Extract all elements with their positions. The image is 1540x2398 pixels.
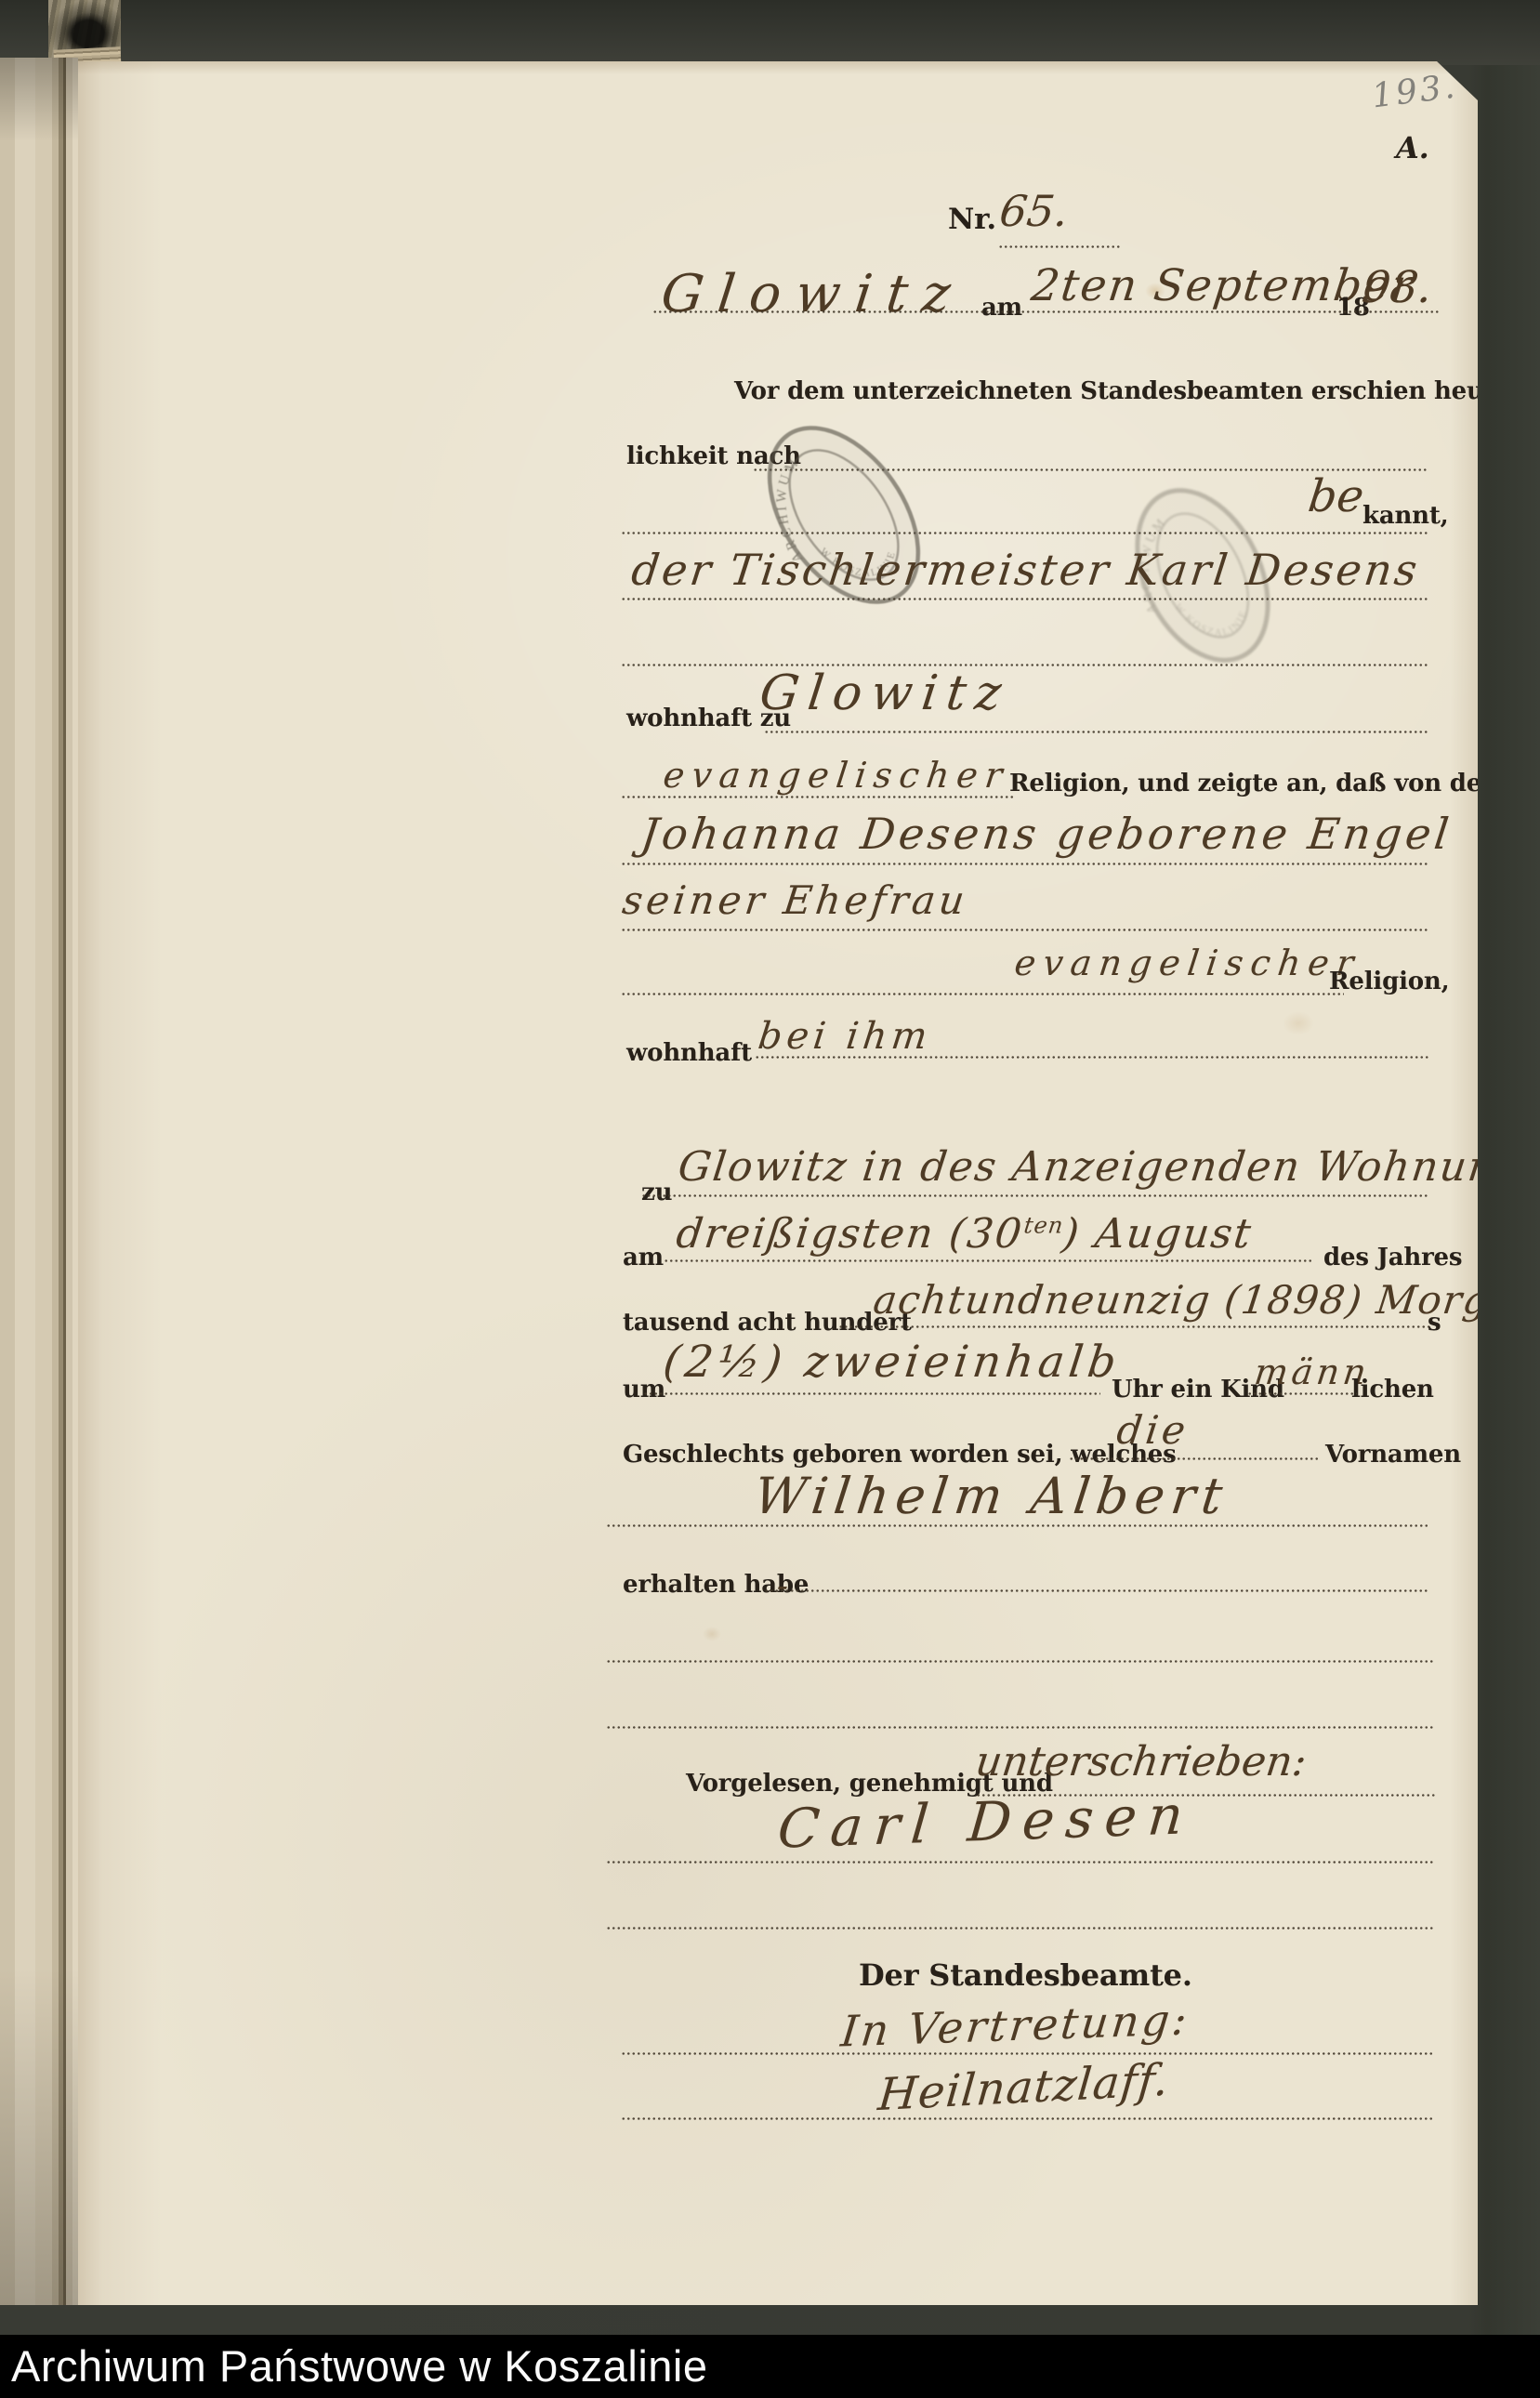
religion-mother-value: evangelischer: [1012, 942, 1363, 983]
child-sex-suffix: lichen: [1351, 1376, 1434, 1403]
dateline-year: 98.: [1360, 262, 1436, 313]
dotted-rule: [606, 1726, 1433, 1729]
religion-declarant-label: Religion, und zeigte an, daß von der: [1009, 770, 1494, 797]
closing-hand: unterschrieben:: [973, 1738, 1310, 1785]
residence-mother-value: bei ihm: [756, 1015, 934, 1058]
birth-date-value: dreißigsten (30ten) August: [674, 1210, 1256, 1258]
dotted-rule: [1247, 1392, 1357, 1395]
dotted-rule: [764, 731, 1428, 733]
pencil-page-number: 193.: [1370, 68, 1459, 116]
mother-relation: seiner Ehefrau: [620, 877, 970, 923]
mother-name: Johanna Desens geborene Engel: [638, 809, 1455, 859]
birth-month: ) August: [1060, 1210, 1255, 1258]
birth-date-am-label: am: [623, 1244, 664, 1271]
scan-background-top: [0, 0, 1540, 65]
dotted-rule: [641, 1194, 1429, 1197]
dotted-rule: [621, 532, 1428, 534]
dotted-rule: [643, 1392, 1100, 1395]
dotted-rule: [652, 310, 1439, 313]
dotted-rule: [838, 1325, 1429, 1328]
dateline-place: Glowitz: [658, 264, 968, 324]
dotted-rule: [998, 245, 1121, 248]
archive-caption-bar: Archiwum Państwowe w Koszalinie: [0, 2335, 1540, 2398]
deputy-note: In Vertretung:: [838, 1995, 1191, 2057]
archive-oval-stamp-left: ARCHIWUM W KOSZALINIE: [758, 400, 929, 630]
archival-scan: { "archive_bar": { "label": "Archiwum Pa…: [0, 0, 1540, 2398]
birth-place-value: Glowitz in des Anzeigenden Wohnung: [676, 1143, 1527, 1191]
known-hand-fragment: be: [1306, 470, 1367, 522]
residence-value: Glowitz: [757, 665, 1013, 721]
book-spine-headband: [48, 0, 121, 61]
religion-mother-label: Religion,: [1329, 968, 1449, 995]
sex-line-label: Geschlechts geboren worden sei, welches: [623, 1441, 1177, 1469]
dotted-rule: [621, 598, 1428, 600]
registrar-title: Der Standesbeamte.: [859, 1957, 1192, 1993]
document-page: 193. A. Nr. 65. Glowitz am 2ten Septembe…: [78, 61, 1478, 2305]
dotted-rule: [621, 664, 1428, 666]
article-hand: die: [1114, 1407, 1191, 1453]
vornamen-label: Vornamen: [1325, 1441, 1461, 1469]
child-given-names: Wilhelm Albert: [751, 1467, 1232, 1525]
dotted-rule: [606, 1927, 1433, 1930]
birth-time-um-label: um: [623, 1376, 665, 1403]
dotted-rule: [764, 1589, 1428, 1592]
record-number-value: 65.: [997, 186, 1072, 236]
declarant-signature: Carl Desen: [775, 1783, 1197, 1861]
dotted-rule: [621, 863, 1428, 865]
dotted-rule: [606, 1524, 1429, 1527]
dotted-rule: [1069, 1457, 1320, 1460]
archive-caption-text: Archiwum Państwowe w Koszalinie: [11, 2340, 708, 2391]
known-printed-fragment: kannt,: [1362, 502, 1449, 530]
dotted-rule: [606, 1861, 1433, 1864]
dotted-rule: [621, 2052, 1435, 2055]
dotted-rule: [621, 929, 1428, 931]
birth-day: dreißigsten (30: [674, 1210, 1026, 1258]
dotted-rule: [755, 1056, 1429, 1059]
registrar-signature: Heilnatzlaff.: [876, 2054, 1172, 2121]
record-number-label: Nr.: [948, 203, 996, 236]
birth-date-year-label: des Jahres: [1323, 1244, 1462, 1271]
dotted-rule: [621, 796, 1015, 798]
religion-declarant-value: evangelischer: [661, 755, 1012, 796]
birth-place-label: zu: [641, 1179, 672, 1206]
declarant-name-line: der Tischlermeister Karl Desens: [629, 545, 1423, 595]
form-letter-label: A.: [1396, 130, 1429, 165]
paper-stain: [1283, 1011, 1314, 1035]
birth-time-value: (2½) zweieinhalb: [661, 1337, 1124, 1388]
birth-year-suffix: s: [1428, 1309, 1441, 1337]
dateline-am-label: am: [981, 294, 1022, 322]
dotted-rule: [606, 1660, 1433, 1663]
residence-mother-label: wohnhaft: [626, 1039, 752, 1067]
dotted-rule: [621, 2117, 1435, 2120]
paper-stain: [703, 1627, 721, 1641]
birth-day-ordinal-superscript: ten: [1022, 1212, 1065, 1238]
book-page-edges: [0, 58, 78, 2305]
dotted-rule: [621, 993, 1344, 995]
dotted-rule: [664, 1259, 1314, 1262]
birth-year-label: tausend acht hundert: [623, 1309, 912, 1337]
